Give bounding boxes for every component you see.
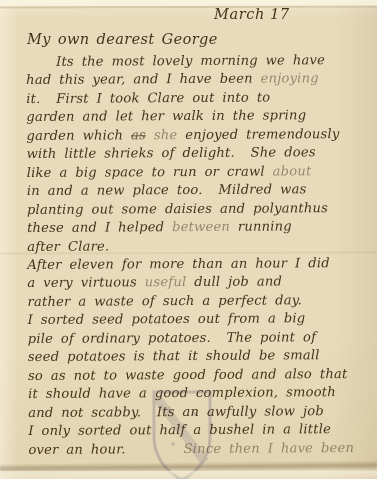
letter-text-segment: Since then I have been — [126, 441, 355, 457]
letter-text-segment: useful — [145, 275, 187, 290]
letter-text-segment: had this year, and I have been — [26, 72, 261, 88]
letter-text-segment: garden which — [26, 128, 131, 144]
letter-line: and not scabby. Its an awfully slow job — [28, 403, 369, 424]
letter-salutation: My own dearest George — [27, 32, 218, 48]
letter-text-segment: so as not to waste good food and also th… — [28, 367, 348, 384]
letter-text-segment: over an hour. — [28, 442, 125, 458]
letter-text-segment: seed potatoes is that it should be small — [28, 348, 320, 365]
letter-text-segment: in and a new place too. Mildred was — [27, 182, 307, 199]
letter-line: these and I helped between running — [27, 218, 368, 239]
letter-line: it. First I took Clare out into to — [26, 89, 367, 110]
letter-line: a very virtuous useful dull job and — [27, 273, 368, 294]
paper-crease — [0, 6, 377, 9]
letter-text-segment: between — [172, 220, 230, 235]
letter-text-segment: with little shrieks of delight. She does — [27, 145, 316, 162]
letter-text-segment: these and I helped — [27, 220, 172, 236]
letter-line: had this year, and I have been enjoying — [26, 70, 367, 91]
letter-text-segment: I sorted seed potatoes out from a big — [28, 312, 306, 329]
struck-word: as — [131, 128, 146, 143]
letter-text-segment: like a big space to run or crawl — [27, 164, 273, 181]
letter-line: garden which as she enjoyed tremendously — [26, 126, 367, 147]
letter-text-segment: planting out some daisies and polyanthus — [27, 201, 328, 218]
letter-text-segment: it. First I took Clare out into to — [26, 90, 270, 106]
letter-text-segment: enjoying — [261, 72, 319, 87]
letter-text-segment: dull job and — [186, 275, 282, 291]
letter-text-segment: and not scabby. Its an awfully slow job — [28, 404, 324, 421]
letter-text-segment: Its the most lovely morning we have — [56, 53, 325, 70]
letter-line: after Clare. — [27, 236, 368, 257]
letter-line: so as not to waste good food and also th… — [28, 366, 369, 387]
letter-line: it should have a good complexion, smooth — [28, 384, 369, 405]
letter-body: Its the most lovely morning we havehad t… — [26, 52, 369, 460]
letter-line: I only sorted out half a bushel in a lit… — [28, 421, 369, 442]
letter-text-segment: after Clare. — [27, 239, 109, 255]
letter-page: March 17 My own dearest George Its the m… — [0, 0, 377, 479]
letter-line: planting out some daisies and polyanthus — [27, 200, 368, 221]
letter-text-segment: pile of ordinary potatoes. The point of — [28, 330, 316, 347]
letter-text-segment: about — [273, 164, 312, 179]
letter-line: like a big space to run or crawl about — [27, 163, 368, 184]
letter-line: I sorted seed potatoes out from a big — [28, 310, 369, 331]
letter-text-segment: garden and let her walk in the spring — [26, 109, 306, 126]
letter-text-segment: running — [230, 219, 292, 234]
letter-line: in and a new place too. Mildred was — [27, 181, 368, 202]
letter-line: with little shrieks of delight. She does — [27, 144, 368, 165]
letter-line: garden and let her walk in the spring — [26, 107, 367, 128]
letter-text-segment: rather a waste of such a perfect day. — [27, 293, 301, 310]
letter-line: over an hour.Since then I have been — [28, 439, 369, 460]
letter-text-segment: I only sorted out half a bushel in a lit… — [28, 422, 331, 439]
letter-line: After eleven for more than an hour I did — [27, 255, 368, 276]
letter-line: seed potatoes is that it should be small — [28, 347, 369, 368]
letter-text-segment: enjoyed tremendously — [177, 127, 339, 143]
paper-bottom-edge — [0, 471, 377, 479]
letter-text-segment: she — [154, 128, 178, 143]
letter-date: March 17 — [214, 7, 290, 23]
letter-line: rather a waste of such a perfect day. — [27, 292, 368, 313]
letter-line: Its the most lovely morning we have — [26, 52, 367, 73]
letter-line: pile of ordinary potatoes. The point of — [28, 329, 369, 350]
letter-text-segment: it should have a good complexion, smooth — [28, 385, 336, 402]
letter-text-segment: a very virtuous — [27, 276, 144, 292]
letter-text-segment: After eleven for more than an hour I did — [27, 256, 330, 273]
